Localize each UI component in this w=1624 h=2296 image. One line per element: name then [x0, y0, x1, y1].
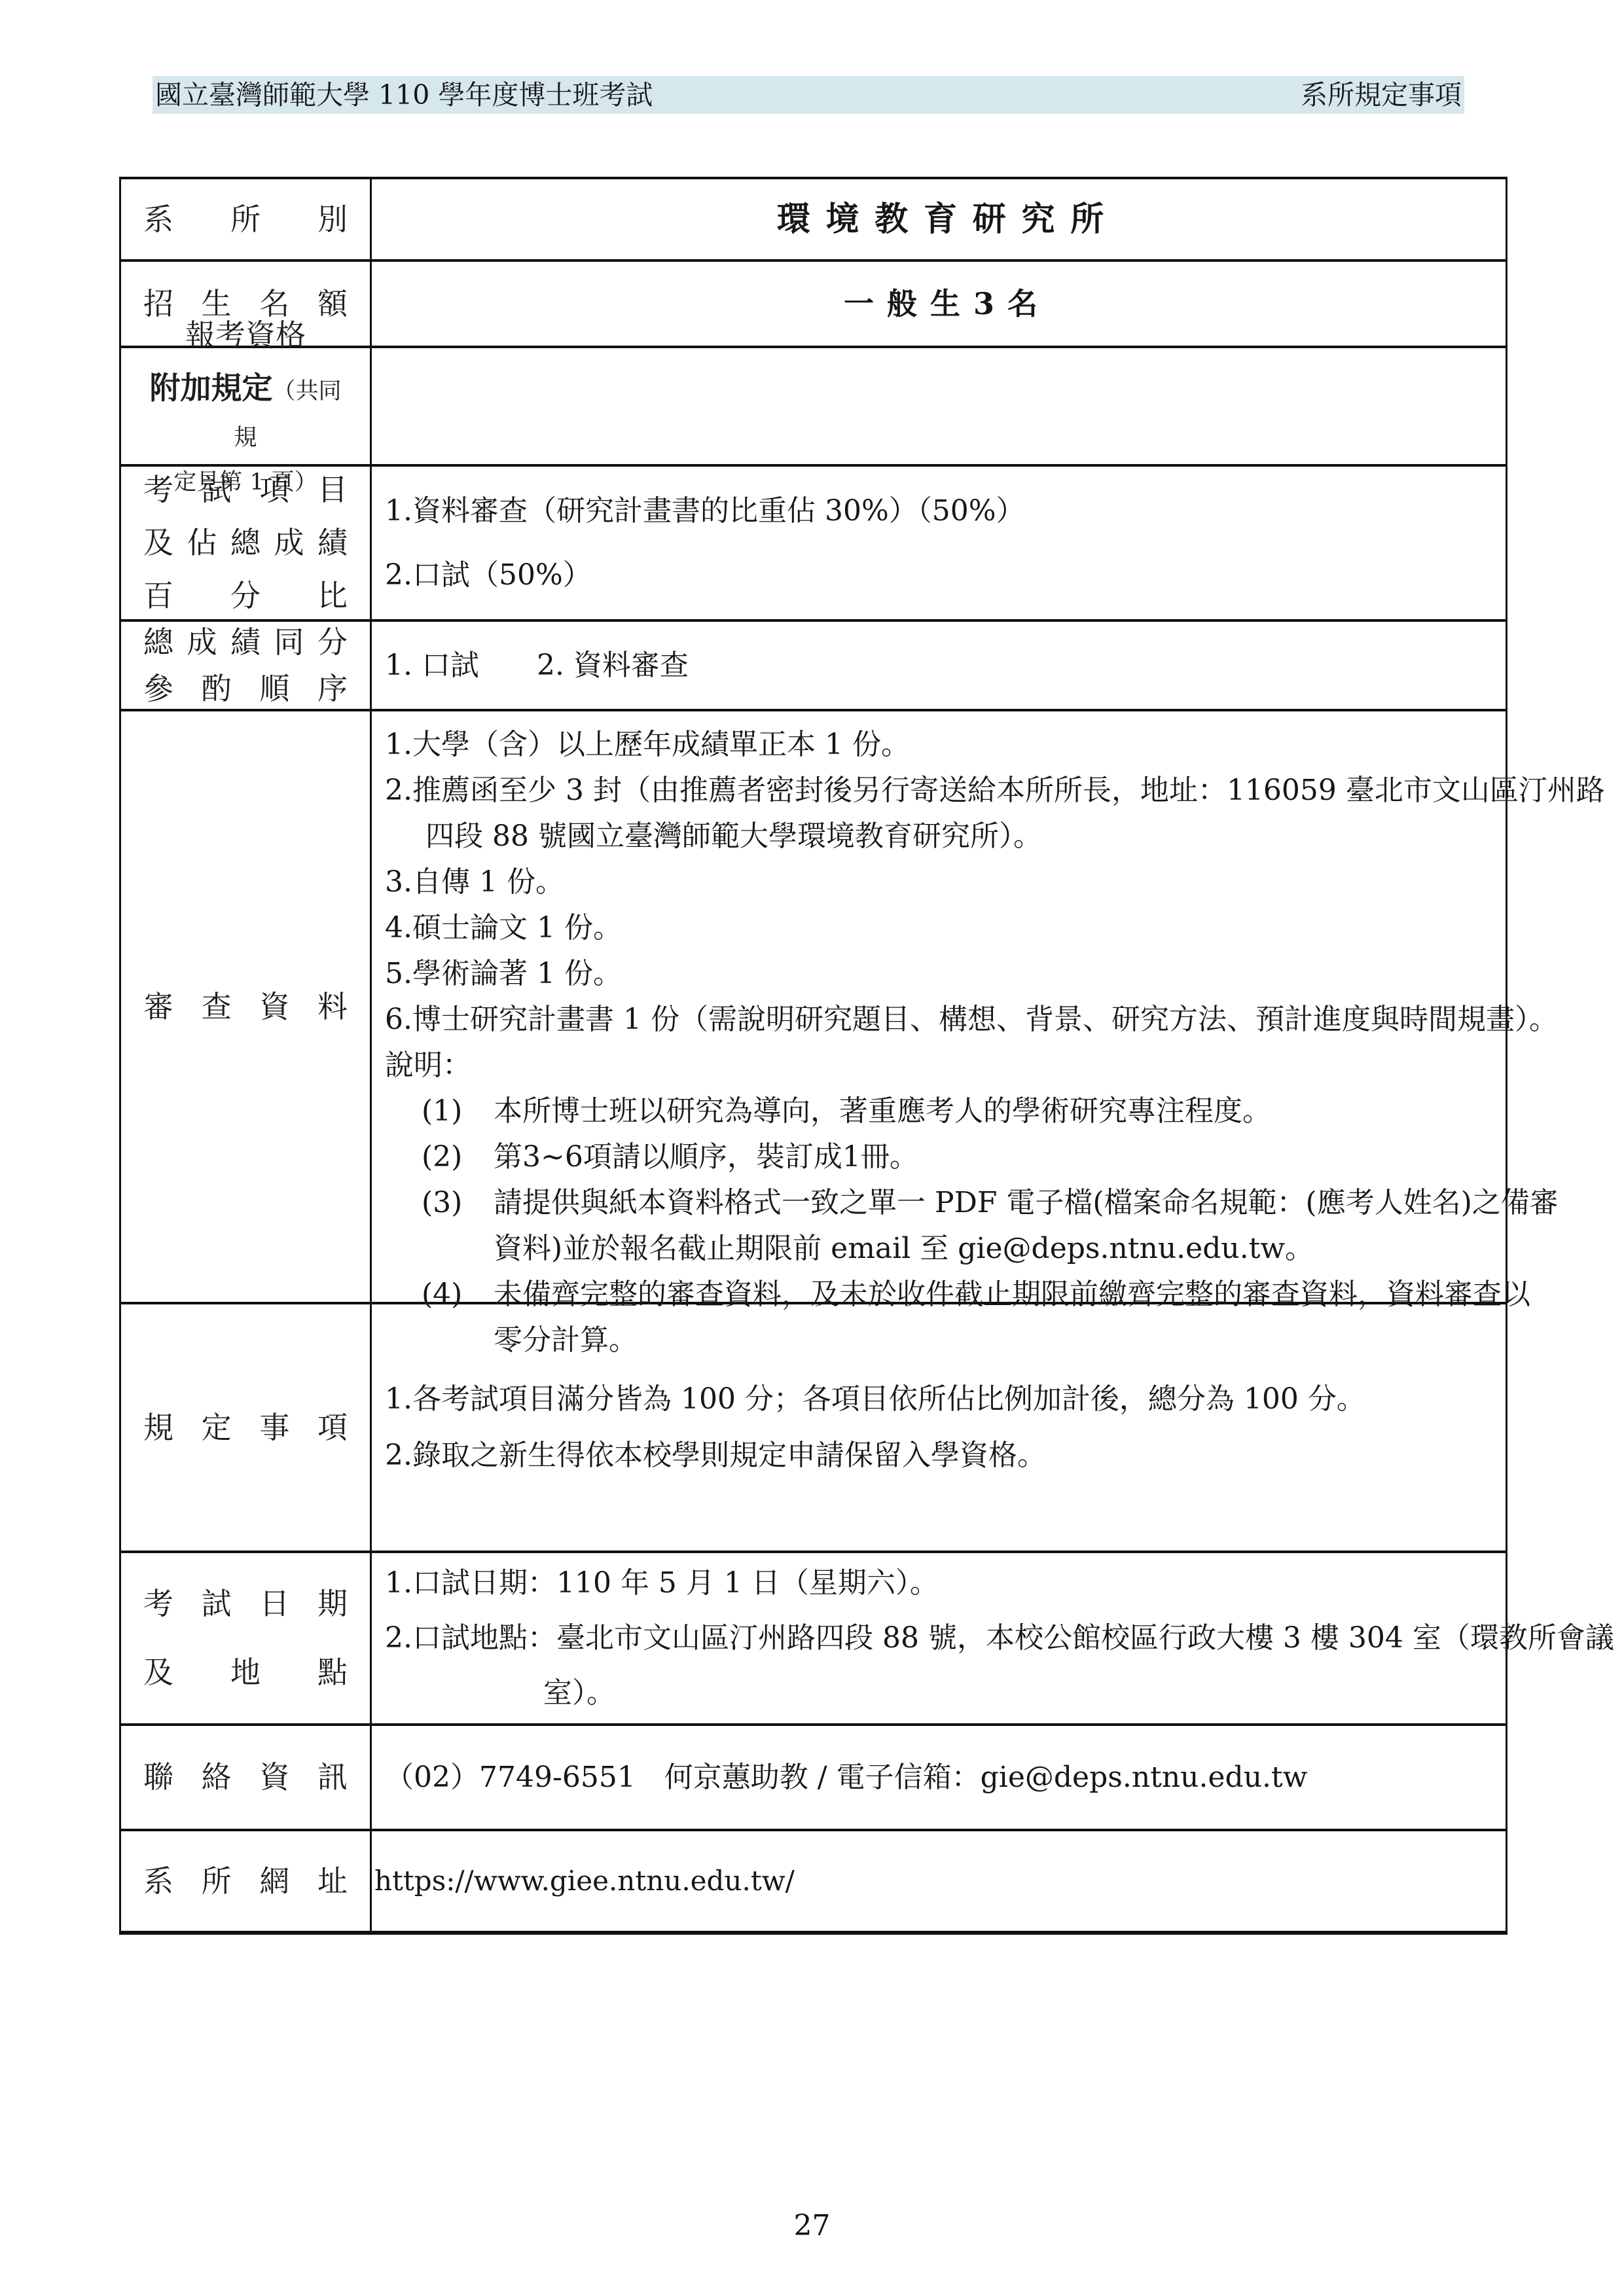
contact-label: 聯 絡 資 訊 [143, 1758, 348, 1797]
note-text: 第3~6項請以順序，裝訂成1冊。 [494, 1134, 1498, 1180]
exam-items-label-line3: 百 分 比 [143, 577, 348, 615]
website-label: 系 所 網 址 [143, 1862, 348, 1901]
qualification-label-cell: 報考資格 附加規定（共同規 定見第 1 頁） [121, 348, 372, 464]
quota-value-cell: 一 般 生 3 名 [372, 262, 1506, 346]
review-note-2: (2) 第3~6項請以順序，裝訂成1冊。 [385, 1134, 1498, 1180]
tiebreak-label-line2: 參 酌 順 序 [143, 670, 348, 708]
quota-value: 一 般 生 3 名 [844, 280, 1039, 327]
exam-item-1: 1.資料審查（研究計畫書的比重佔 30%）（50%） [385, 488, 1498, 535]
schedule-label-line2: 及 地 點 [143, 1653, 348, 1692]
review-line: 說明： [385, 1043, 1498, 1088]
note-marker: (2) [422, 1134, 494, 1180]
header-bar: 國立臺灣師範大學 110 學年度博士班考試 系所規定事項 [153, 76, 1464, 114]
website-url: https://www.giee.ntnu.edu.tw/ [374, 1857, 1498, 1905]
table-row-department: 系 所 別 環 境 教 育 研 究 所 [121, 179, 1506, 262]
contact-label-cell: 聯 絡 資 訊 [121, 1726, 372, 1829]
website-value-cell: https://www.giee.ntnu.edu.tw/ [372, 1831, 1506, 1931]
schedule-line-3: 室）。 [385, 1666, 1498, 1721]
rules-item-1: 1.各考試項目滿分皆為 100 分；各項目依所佔比例加計後，總分為 100 分。 [385, 1374, 1498, 1424]
review-line: 3.自傳 1 份。 [385, 859, 1498, 905]
review-label: 審 查 資 料 [143, 988, 348, 1026]
header-title-left: 國立臺灣師範大學 110 學年度博士班考試 [155, 76, 653, 114]
rules-item-2: 2.錄取之新生得依本校學則規定申請保留入學資格。 [385, 1431, 1498, 1480]
table-row-qualification: 報考資格 附加規定（共同規 定見第 1 頁） [121, 348, 1506, 467]
review-note-1: (1) 本所博士班以研究為導向，著重應考人的學術研究專注程度。 [385, 1088, 1498, 1134]
schedule-label-cell: 考 試 日 期 及 地 點 [121, 1553, 372, 1723]
tiebreak-label-line1: 總 成 績 同 分 [143, 623, 348, 662]
schedule-label-line1: 考 試 日 期 [143, 1585, 348, 1623]
table-row-exam-items: 考 試 項 目 及 佔 總 成 績 百 分 比 1.資料審查（研究計畫書的比重佔… [121, 467, 1506, 622]
table-row-website: 系 所 網 址 https://www.giee.ntnu.edu.tw/ [121, 1831, 1506, 1931]
review-line: 2.推薦函至少 3 封（由推薦者密封後另行寄送給本所所長，地址：116059 臺… [385, 768, 1498, 814]
department-label-cell: 系 所 別 [121, 179, 372, 259]
website-label-cell: 系 所 網 址 [121, 1831, 372, 1931]
header-title-right: 系所規定事項 [1301, 76, 1462, 114]
exam-item-2: 2.口試（50%） [385, 552, 1498, 599]
schedule-line-2: 2.口試地點：臺北市文山區汀州路四段 88 號，本校公館校區行政大樓 3 樓 3… [385, 1611, 1498, 1666]
exam-items-label-cell: 考 試 項 目 及 佔 總 成 績 百 分 比 [121, 467, 372, 619]
contact-value: （02）7749-6551 何京蕙助教 / 電子信箱：gie@deps.ntnu… [385, 1754, 1498, 1801]
tiebreak-label-cell: 總 成 績 同 分 參 酌 順 序 [121, 622, 372, 709]
review-line: 4.碩士論文 1 份。 [385, 905, 1498, 951]
rules-label: 規 定 事 項 [143, 1408, 348, 1447]
department-label: 系 所 別 [143, 200, 348, 239]
schedule-line-1: 1.口試日期：110 年 5 月 1 日（星期六）。 [385, 1556, 1498, 1611]
tiebreak-value: 1. 口試 2. 資料審查 [385, 642, 1498, 689]
review-value-cell: 1.大學（含）以上歷年成績單正本 1 份。 2.推薦函至少 3 封（由推薦者密封… [372, 711, 1506, 1302]
review-line: 1.大學（含）以上歷年成績單正本 1 份。 [385, 722, 1498, 768]
table-row-tiebreak: 總 成 績 同 分 參 酌 順 序 1. 口試 2. 資料審查 [121, 622, 1506, 711]
exam-items-value-cell: 1.資料審查（研究計畫書的比重佔 30%）（50%） 2.口試（50%） [372, 467, 1506, 619]
rules-value-cell: 1.各考試項目滿分皆為 100 分；各項目依所佔比例加計後，總分為 100 分。… [372, 1304, 1506, 1551]
review-line: 6.博士研究計畫書 1 份（需說明研究題目、構想、背景、研究方法、預計進度與時間… [385, 997, 1498, 1043]
note-marker: (3) [422, 1180, 494, 1226]
table-row-schedule: 考 試 日 期 及 地 點 1.口試日期：110 年 5 月 1 日（星期六）。… [121, 1553, 1506, 1726]
qualification-value-cell [372, 348, 1506, 464]
table-row-review-documents: 審 查 資 料 1.大學（含）以上歷年成績單正本 1 份。 2.推薦函至少 3 … [121, 711, 1506, 1304]
review-note-3: (3) 請提供與紙本資料格式一致之單一 PDF 電子檔(檔案命名規範：(應考人姓… [385, 1180, 1498, 1226]
regulations-table: 系 所 別 環 境 教 育 研 究 所 招 生 名 額 一 般 生 3 名 報考… [119, 177, 1507, 1935]
page-number: 27 [0, 2209, 1624, 2242]
table-row-rules: 規 定 事 項 1.各考試項目滿分皆為 100 分；各項目依所佔比例加計後，總分… [121, 1304, 1506, 1553]
review-line: 5.學術論著 1 份。 [385, 951, 1498, 997]
note-marker: (1) [422, 1088, 494, 1134]
exam-items-label-line1: 考 試 項 目 [143, 471, 348, 509]
rules-label-cell: 規 定 事 項 [121, 1304, 372, 1551]
table-row-contact: 聯 絡 資 訊 （02）7749-6551 何京蕙助教 / 電子信箱：gie@d… [121, 1726, 1506, 1831]
schedule-value-cell: 1.口試日期：110 年 5 月 1 日（星期六）。 2.口試地點：臺北市文山區… [372, 1553, 1506, 1723]
exam-items-label-line2: 及 佔 總 成 績 [143, 524, 348, 562]
tiebreak-value-cell: 1. 口試 2. 資料審查 [372, 622, 1506, 709]
qualification-label-line2: 附加規定（共同規 [143, 366, 348, 457]
department-name: 環 境 教 育 研 究 所 [777, 196, 1106, 243]
department-value-cell: 環 境 教 育 研 究 所 [372, 179, 1506, 259]
contact-value-cell: （02）7749-6551 何京蕙助教 / 電子信箱：gie@deps.ntnu… [372, 1726, 1506, 1829]
qualification-label-line1: 報考資格 [143, 313, 348, 358]
review-line: 資料)並於報名截止期限前 email 至 gie@deps.ntnu.edu.t… [385, 1226, 1498, 1272]
note-text: 本所博士班以研究為導向，著重應考人的學術研究專注程度。 [494, 1088, 1498, 1134]
qualification-label-bold: 附加規定 [149, 370, 272, 406]
review-line: 四段 88 號國立臺灣師範大學環境教育研究所）。 [385, 814, 1498, 859]
note-text: 請提供與紙本資料格式一致之單一 PDF 電子檔(檔案命名規範：(應考人姓名)之備… [494, 1180, 1559, 1226]
review-label-cell: 審 查 資 料 [121, 711, 372, 1302]
